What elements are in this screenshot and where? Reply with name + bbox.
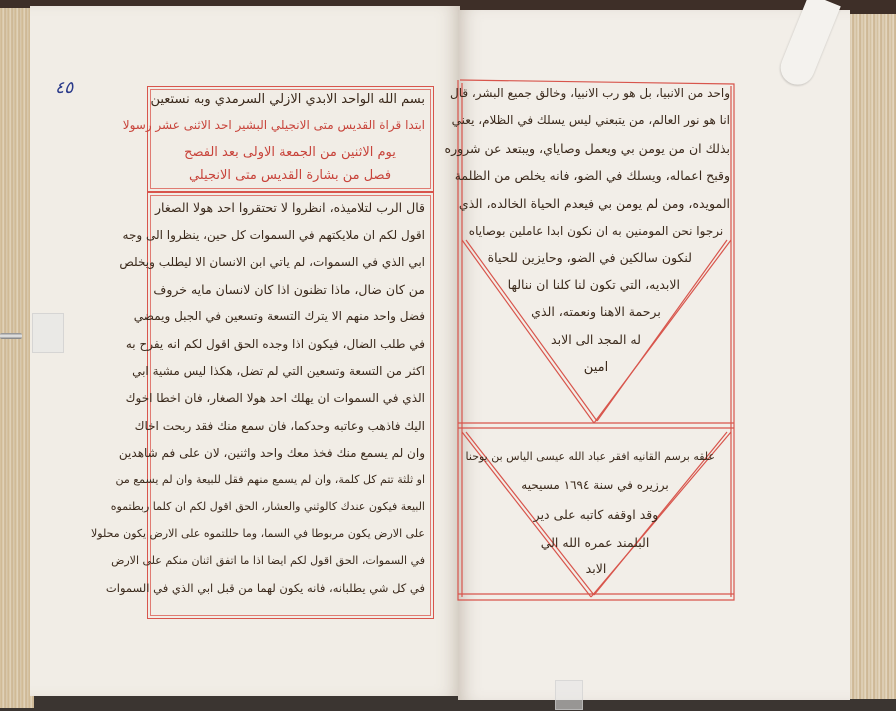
right-page-frame-drawing	[0, 0, 896, 711]
text-line: لنكون سالكين في الضو، وحايزين للحياة	[500, 250, 692, 265]
text-line: انا هو نور العالم، من يتبعني ليس يسلك في…	[462, 113, 730, 127]
text-line: وقبح اعماله، ويسلك في الضو، فانه يخلص من…	[462, 168, 730, 183]
text-line: نرجوا نحن المومنين به ان نكون ابدا عاملي…	[462, 224, 730, 238]
colophon-line: البلمند عمره الله الي	[525, 535, 665, 550]
text-line: واحد من الانبيا، بل هو رب الانبيا، وخالق…	[462, 86, 730, 100]
text-line: برحمة الاهنا ونعمته، الذي	[530, 304, 662, 319]
text-line: المويده، ومن لم يومن بي فيعدم الحياة الخ…	[462, 196, 730, 211]
text-line: الابديه، التي تكون لنا كلنا ان ننالها	[512, 277, 680, 292]
colophon-line: علقه برسم القانيه افقر عباد الله عيسى ال…	[475, 450, 715, 463]
text-line: له المجد الى الابد	[540, 332, 652, 347]
colophon-line: الابد	[556, 561, 636, 576]
manuscript-spread: ٤٥ بسم الله الواحد الابدي الازلي السرمدي…	[0, 0, 896, 711]
amen-line: امين	[556, 360, 636, 375]
colophon-date-line: برزيره في سنة ١٦٩٤ مسيحيه	[490, 478, 700, 492]
colophon-line: وقد اوقفه كاتبه على دير	[512, 507, 680, 522]
text-line: بذلك ان من يومن بي ويعمل وصاياي، ويبتعد …	[462, 141, 730, 156]
